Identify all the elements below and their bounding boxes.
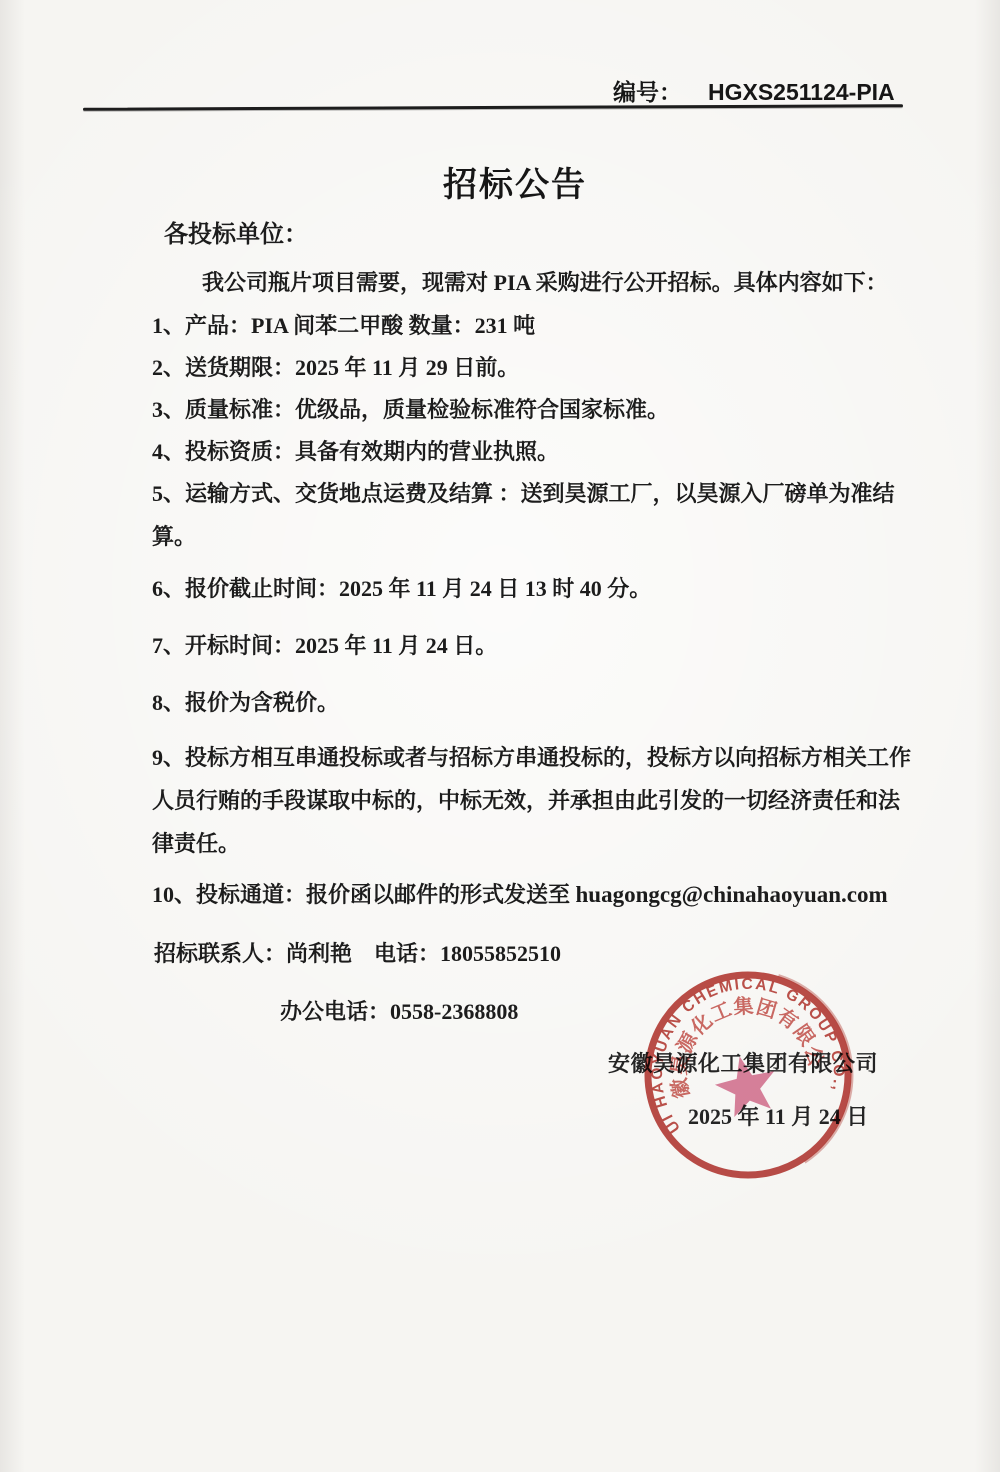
item-8-tax-included: 8、报价为含税价。 [152, 690, 339, 716]
doc-number-label: 编号： [613, 74, 682, 107]
item-6-quote-deadline: 6、报价截止时间：2025 年 11 月 24 日 13 时 40 分。 [152, 576, 651, 602]
bid-email-address: huagongcg@chinahaoyuan.com [576, 882, 888, 907]
item-9-collusion-line-1: 9、投标方相互串通投标或者与招标方串通投标的，投标方以向招标方相关工作 [152, 745, 911, 771]
tender-announcement-document: 编号：HGXS251124-PIA 招标公告 各投标单位： 我公司瓶片项目需要，… [0, 0, 1000, 1472]
item-10-prefix: 10、投标通道：报价函以邮件的形式发送至 [152, 882, 576, 907]
item-9-collusion-line-2: 人员行贿的手段谋取中标的，中标无效，并承担由此引发的一切经济责任和法 [152, 788, 900, 814]
item-5-transport-line-2: 算。 [152, 524, 196, 550]
salutation-line: 各投标单位： [164, 221, 308, 249]
doc-number: 编号：HGXS251124-PIA [613, 74, 895, 107]
header-divider [83, 104, 903, 111]
item-7-bid-opening-time: 7、开标时间：2025 年 11 月 24 日。 [152, 633, 497, 659]
star-icon [710, 1050, 782, 1120]
intro-line: 我公司瓶片项目需要，现需对 PIA 采购进行公开招标。具体内容如下： [202, 270, 888, 296]
item-4-bidder-qualification: 4、投标资质：具备有效期内的营业执照。 [152, 439, 559, 465]
page-title: 招标公告 [0, 157, 1000, 206]
item-3-quality-standard: 3、质量标准：优级品，质量检验标准符合国家标准。 [152, 397, 669, 423]
company-seal-stamp: ANHUI HAOYUAN CHEMICAL GROUP CO.,LTD. 安徽… [615, 942, 881, 1208]
contact-person-line: 招标联系人：尚利艳 电话：18055852510 [154, 941, 561, 967]
office-phone-line: 办公电话：0558-2368808 [280, 999, 518, 1025]
item-2-delivery-deadline: 2、送货期限：2025 年 11 月 29 日前。 [152, 355, 519, 381]
item-1-product: 1、产品：PIA 间苯二甲酸 数量：231 吨 [152, 313, 535, 339]
item-5-transport-line-1: 5、运输方式、交货地点运费及结算 ：送到昊源工厂，以昊源入厂磅单为准结 [152, 481, 895, 507]
doc-number-value: HGXS251124-PIA [708, 79, 895, 106]
item-9-collusion-line-3: 律责任。 [152, 831, 240, 857]
item-10-bid-channel: 10、投标通道：报价函以邮件的形式发送至 huagongcg@chinahaoy… [152, 881, 888, 908]
